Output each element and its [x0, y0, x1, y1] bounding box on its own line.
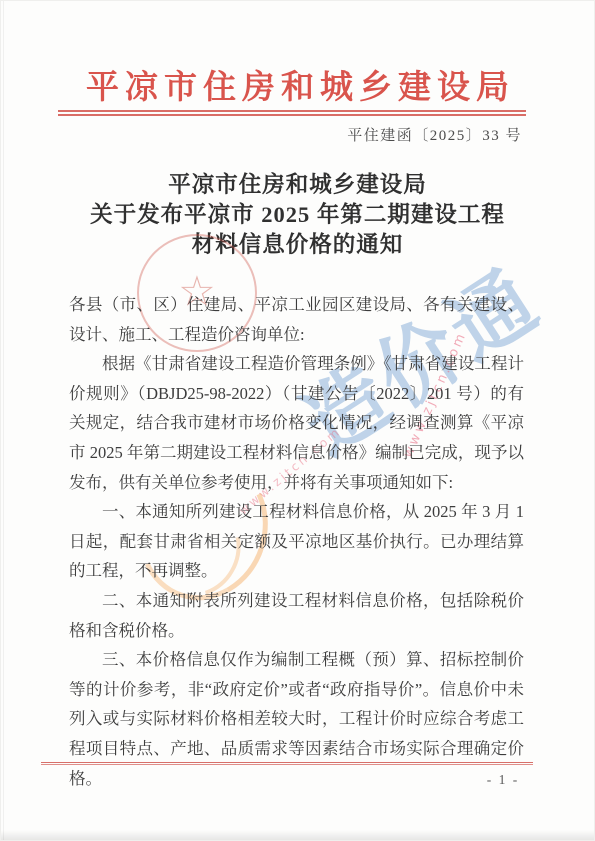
scan-shadow-bottom — [1, 830, 594, 840]
document-title: 平凉市住房和城乡建设局 关于发布平凉市 2025 年第二期建设工程 材料信息价格… — [31, 170, 564, 260]
document-body: 各县（市、区）住建局、平凉工业园区建设局、各有关建设、设计、施工、工程造价咨询单… — [69, 290, 524, 793]
footer-divider — [41, 762, 533, 765]
page-number: - 1 - — [479, 772, 527, 788]
document-number: 平住建函〔2025〕33 号 — [347, 124, 522, 145]
letterhead-agency-name: 平凉市住房和城乡建设局 — [1, 61, 594, 108]
letterhead-divider — [58, 110, 526, 116]
body-paragraph: 根据《甘肃省建设工程造价管理条例》《甘肃省建设工程计价规则》（DBJD25-98… — [69, 349, 524, 497]
scan-shadow-left — [3, 1, 4, 840]
body-paragraph: 三、本价格信息仅作为编制工程概（预）算、招标控制价等的计价参考，非“政府定价”或… — [69, 645, 524, 793]
document-title-line-1: 平凉市住房和城乡建设局 — [31, 170, 564, 200]
body-paragraph: 二、本通知附表所列建设工程材料信息价格，包括除税价格和含税价格。 — [69, 586, 524, 645]
body-paragraph: 一、本通知所列建设工程材料信息价格，从 2025 年 3 月 1 日起，配套甘肃… — [69, 497, 524, 586]
document-title-line-3: 材料信息价格的通知 — [31, 230, 564, 260]
document-title-line-2: 关于发布平凉市 2025 年第二期建设工程 — [31, 200, 564, 230]
salutation-line: 各县（市、区）住建局、平凉工业园区建设局、各有关建设、设计、施工、工程造价咨询单… — [69, 290, 524, 349]
document-page: 平凉市住房和城乡建设局 平住建函〔2025〕33 号 平凉市住房和城乡建设局 关… — [0, 0, 595, 841]
